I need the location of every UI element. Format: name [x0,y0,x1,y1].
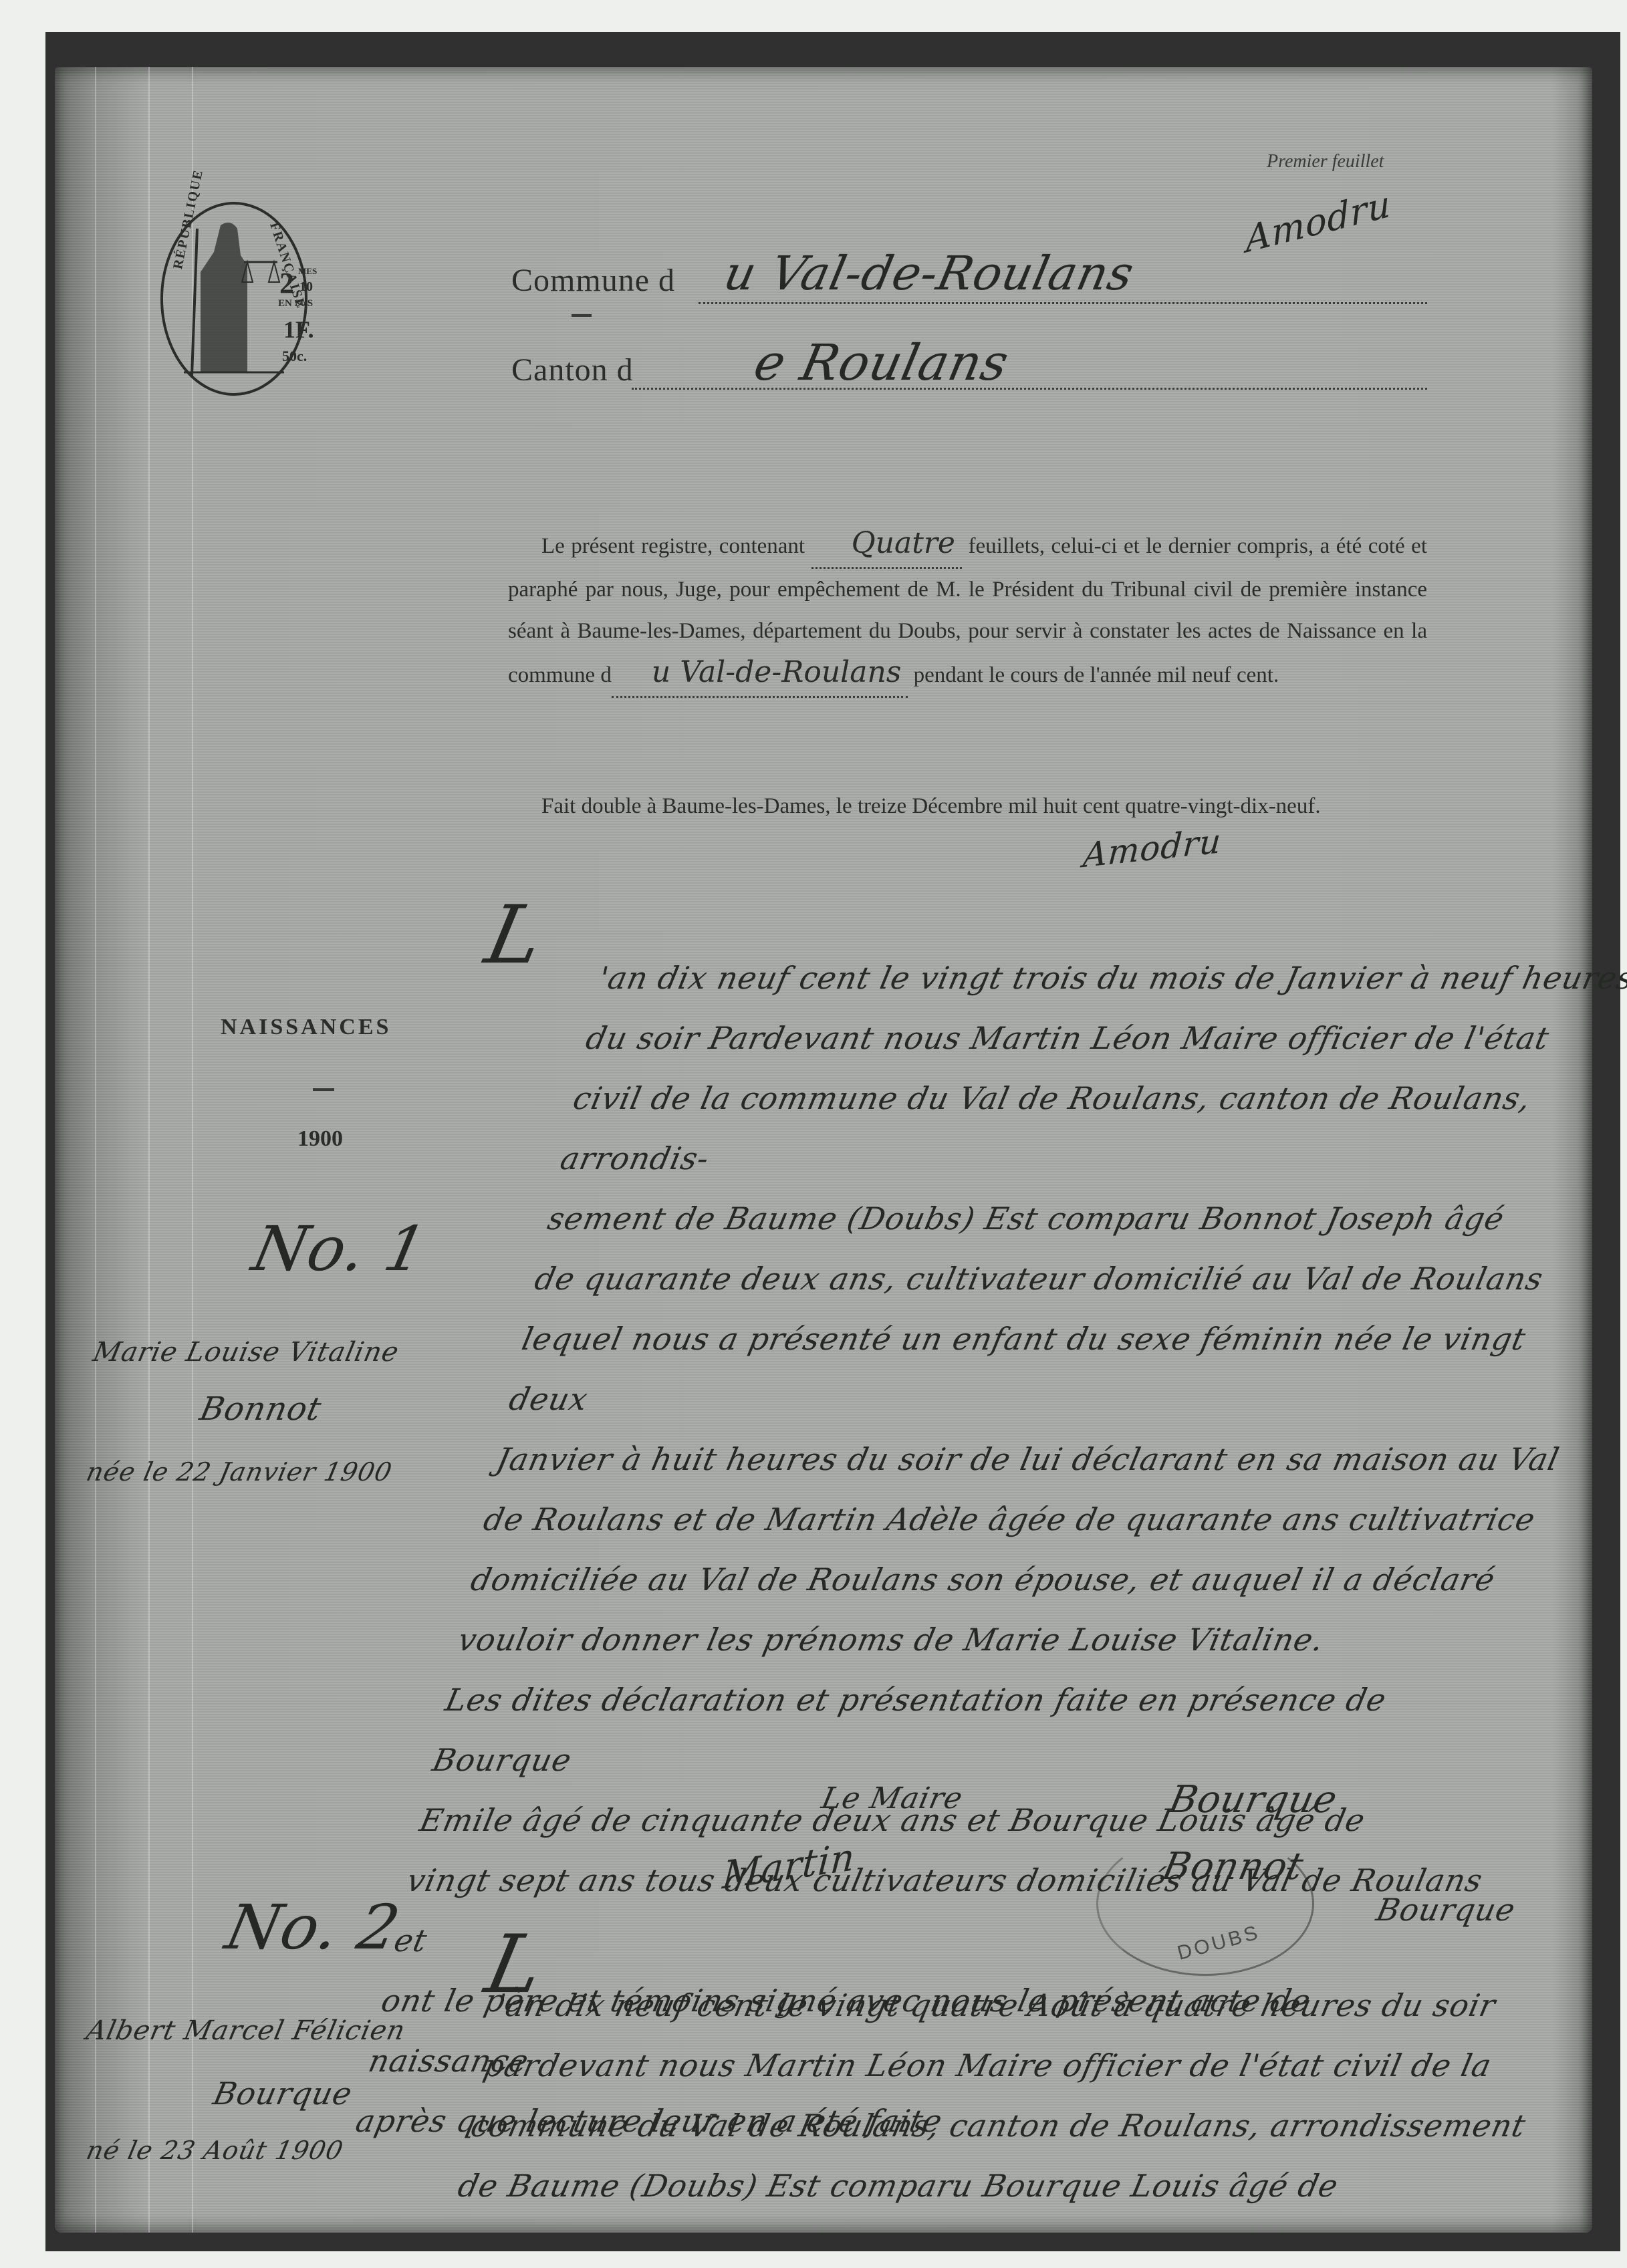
preamble-paragraph-2: Fait double à Baume-les-Dames, le treize… [508,785,1427,827]
entry-line: Janvier à huit heures du soir de lui déc… [491,1429,1580,1489]
entry-line: pardevant nous Martin Léon Maire officie… [478,2035,1567,2096]
entry-1-given-names: Marie Louise Vitaline [90,1337,402,1368]
sheet-label: Premier feuillet [1267,151,1384,172]
commune-label: Commune d [511,262,675,299]
seal-denomination-sup: MES [298,266,317,277]
entry-1-surname: Bonnot [197,1390,325,1428]
entry-2-given-names: Albert Marcel Félicien [84,2015,408,2046]
entry-line: Les dites déclaration et présentation fa… [426,1670,1528,1790]
section-separator [313,1088,334,1091]
entry-2-body: 'an dix neuf cent le vingt quatre Août à… [453,1975,1580,2216]
margin-rule [148,67,150,2233]
entry-line: vouloir donner les prénoms de Marie Loui… [453,1610,1541,1670]
preamble-text-before: Le présent registre, contenant [541,534,805,558]
seal-denomination-main: 1F. [283,316,314,344]
entry-2-birth-date: né le 23 Août 1900 [84,2136,346,2165]
canton-label: Canton d [511,352,634,388]
preamble-text-end: pendant le cours de l'année mil neuf cen… [914,663,1279,687]
signature-maire-label: Le Maire [819,1781,967,1815]
margin-rule [95,67,96,2233]
preamble-leaf-count: Quatre [852,526,955,560]
seal-denomination-note: EN SUS [278,298,313,309]
entry-line: lequel nous a présenté un enfant du sexe… [503,1309,1605,1429]
entry-line: vingt sept ans tous deux cultivateurs do… [388,1850,1490,1971]
seal-denomination-cents: 50c. [282,348,307,365]
commune-value: u Val-de-Roulans [719,246,1139,301]
signature-witness-1: Bourque [1165,1778,1342,1821]
entry-line: du soir Pardevant nous Martin Léon Maire… [580,1008,1627,1068]
entry-1-birth-date: née le 22 Janvier 1900 [84,1457,394,1487]
entry-line: domiciliée au Val de Roulans son épouse,… [465,1549,1554,1610]
header-separator [572,314,592,317]
signature-witness-2: Bourque [1373,1892,1519,1928]
seal-denomination-top: 2 [279,266,294,300]
entry-line: civil de la commune du Val de Roulans, c… [555,1068,1627,1188]
canton-value: e Roulans [749,334,1014,392]
seal-denomination-fraction: 10 [299,279,313,295]
entry-1-number: No. 1 [247,1213,433,1285]
entry-line: 'an dix neuf cent le vingt quatre Août à… [491,1975,1580,2035]
section-year: 1900 [297,1126,343,1152]
commune-dotted-line [699,302,1427,304]
entry-line: sement de Baume (Doubs) Est comparu Bonn… [542,1188,1627,1249]
entry-line: de quarante deux ans, cultivateur domici… [529,1249,1618,1309]
entry-line: commune du Val de Roulans, canton de Rou… [465,2096,1554,2156]
entry-line: de Baume (Doubs) Est comparu Bourque Lou… [453,2156,1541,2216]
entry-2-number: No. 2 [220,1892,406,1963]
preamble-commune: u Val-de-Roulans [652,655,901,689]
entry-line: de Roulans et de Martin Adèle âgée de qu… [478,1489,1567,1549]
section-title: NAISSANCES [221,1015,391,1040]
entry-line: 'an dix neuf cent le vingt trois du mois… [593,948,1627,1008]
preamble-paragraph-1: Le présent registre, contenant Quatre fe… [508,523,1427,698]
entry-2-surname: Bourque [210,2075,356,2112]
